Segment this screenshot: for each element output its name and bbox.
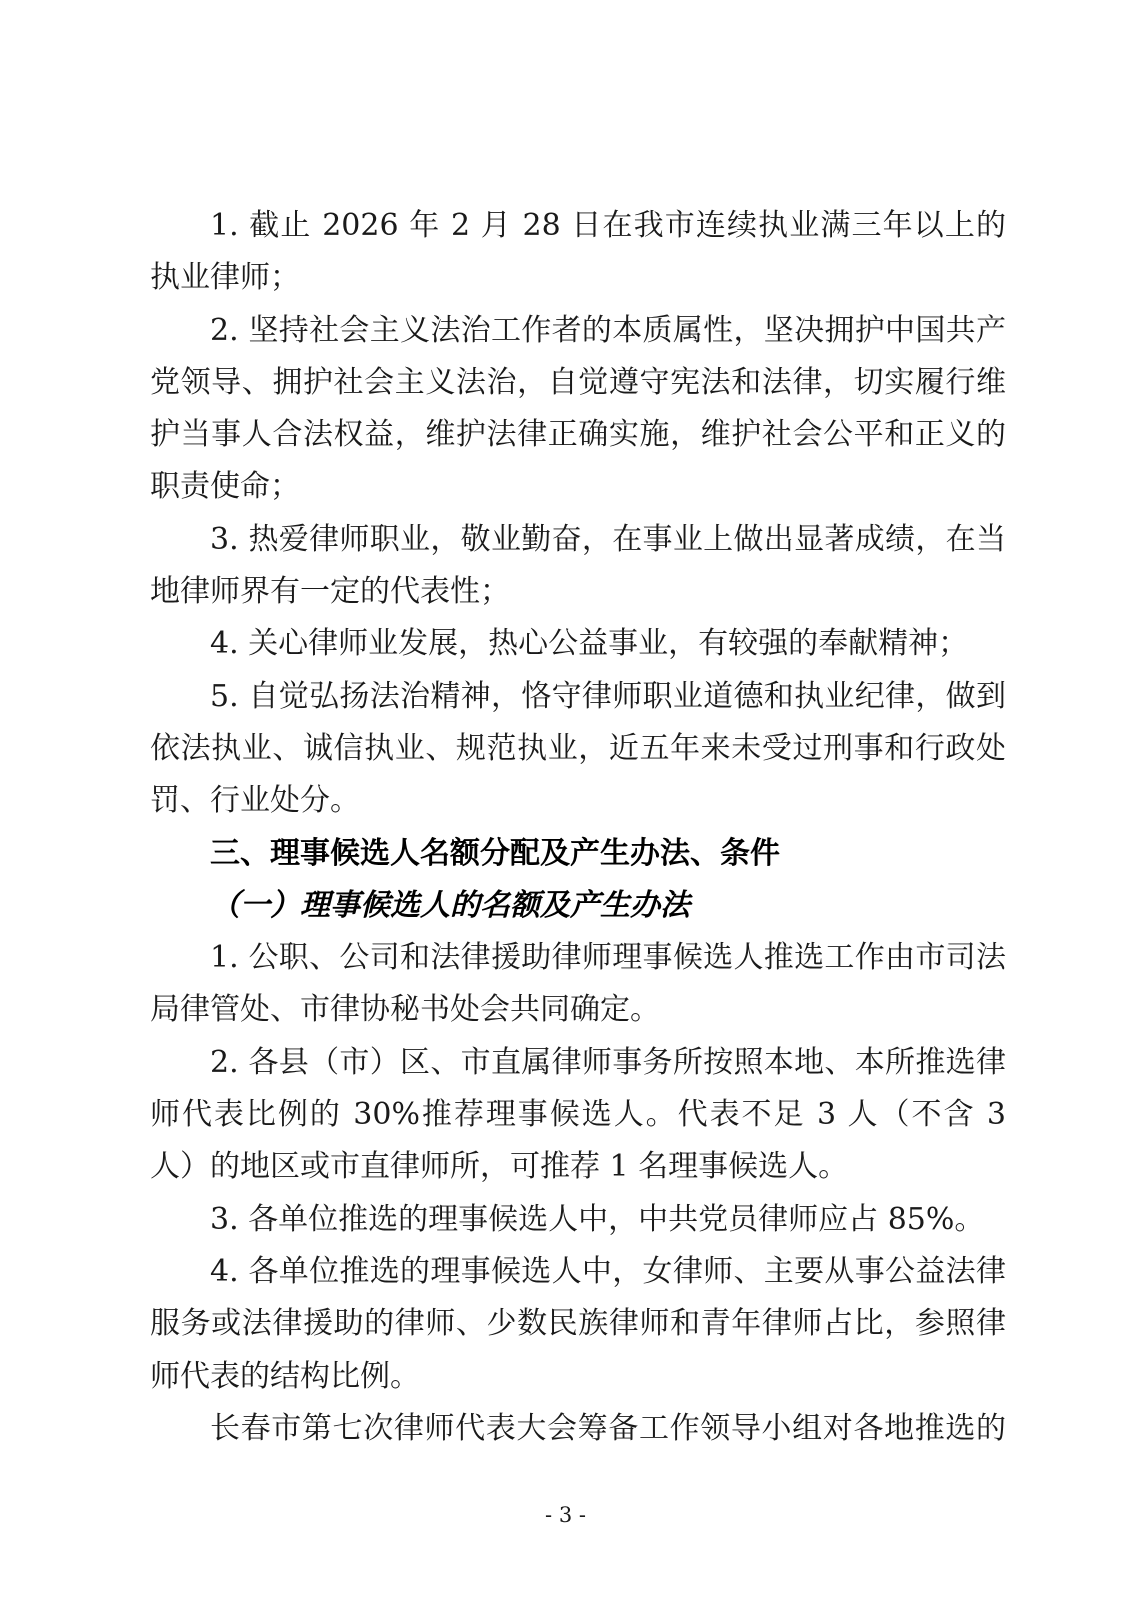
paragraph-condition-1: 1. 截止 2026 年 2 月 28 日在我市连续执业满三年以上的执业律师； [150, 200, 1006, 305]
continuation-paragraph: 长春市第七次律师代表大会筹备工作领导小组对各地推选的 [150, 1403, 1006, 1455]
subsection-heading: （一）理事候选人的名额及产生办法 [150, 880, 1006, 932]
document-page: 1. 截止 2026 年 2 月 28 日在我市连续执业满三年以上的执业律师； … [0, 0, 1131, 1600]
paragraph-condition-2: 2. 坚持社会主义法治工作者的本质属性，坚决拥护中国共产党领导、拥护社会主义法治… [150, 305, 1006, 514]
section-heading: 三、理事候选人名额分配及产生办法、条件 [150, 828, 1006, 880]
paragraph-method-2: 2. 各县（市）区、市直属律师事务所按照本地、本所推选律师代表比例的 30%推荐… [150, 1037, 1006, 1194]
page-number: - 3 - [0, 1500, 1131, 1530]
document-body: 1. 截止 2026 年 2 月 28 日在我市连续执业满三年以上的执业律师； … [150, 200, 1006, 1455]
paragraph-method-1: 1. 公职、公司和法律援助律师理事候选人推选工作由市司法局律管处、市律协秘书处会… [150, 932, 1006, 1037]
paragraph-condition-5: 5. 自觉弘扬法治精神，恪守律师职业道德和执业纪律，做到依法执业、诚信执业、规范… [150, 671, 1006, 828]
paragraph-condition-3: 3. 热爱律师职业，敬业勤奋，在事业上做出显著成绩，在当地律师界有一定的代表性； [150, 514, 1006, 619]
paragraph-condition-4: 4. 关心律师业发展，热心公益事业，有较强的奉献精神； [150, 618, 1006, 670]
paragraph-method-4: 4. 各单位推选的理事候选人中，女律师、主要从事公益法律服务或法律援助的律师、少… [150, 1246, 1006, 1403]
paragraph-method-3: 3. 各单位推选的理事候选人中，中共党员律师应占 85%。 [150, 1194, 1006, 1246]
